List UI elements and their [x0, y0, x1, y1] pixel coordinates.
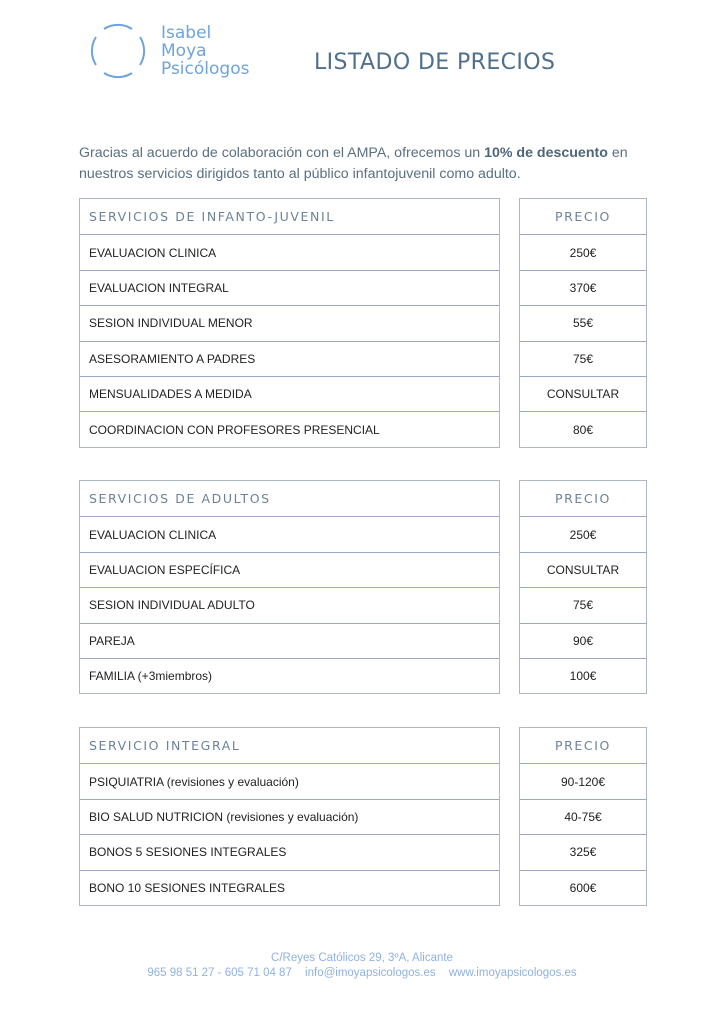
circle-ring-icon [90, 23, 146, 79]
brand-line: Isabel [161, 24, 249, 42]
service-name: PAREJA [80, 623, 499, 658]
service-price: 250€ [520, 516, 646, 551]
brand-logo: Isabel Moya Psicólogos [88, 20, 248, 84]
brand-line: Psicólogos [161, 60, 249, 78]
service-name: EVALUACION INTEGRAL [80, 270, 499, 305]
footer-address: C/Reyes Católicos 29, 3ºA, Alicante [0, 951, 724, 966]
service-price: 90€ [520, 623, 646, 658]
service-name: EVALUACION CLINICA [80, 516, 499, 551]
prices-table: PRECIO90-120€40-75€325€600€ [519, 727, 647, 906]
service-name: EVALUACION CLINICA [80, 234, 499, 269]
service-name: EVALUACION ESPECÍFICA [80, 552, 499, 587]
service-name: ASESORAMIENTO A PADRES [80, 341, 499, 376]
service-name: PSIQUIATRIA (revisiones y evaluación) [80, 763, 499, 798]
services-table: SERVICIOS DE INFANTO-JUVENILEVALUACION C… [79, 198, 500, 448]
intro-paragraph: Gracias al acuerdo de colaboración con e… [79, 143, 649, 185]
footer-email[interactable]: info@imoyapsicologos.es [305, 967, 436, 979]
service-price: 370€ [520, 270, 646, 305]
service-price: 100€ [520, 658, 646, 693]
price-header: PRECIO [520, 728, 646, 763]
service-price: CONSULTAR [520, 552, 646, 587]
service-price: 90-120€ [520, 763, 646, 798]
price-header: PRECIO [520, 481, 646, 516]
service-name: FAMILIA (+3miembros) [80, 658, 499, 693]
section-title: SERVICIOS DE INFANTO-JUVENIL [80, 199, 499, 234]
section-title: SERVICIOS DE ADULTOS [80, 481, 499, 516]
service-price: 250€ [520, 234, 646, 269]
page-title: LISTADO DE PRECIOS [314, 50, 555, 75]
brand-name: Isabel Moya Psicólogos [161, 24, 249, 78]
prices-table: PRECIO250€CONSULTAR75€90€100€ [519, 480, 647, 694]
footer: C/Reyes Católicos 29, 3ºA, Alicante 965 … [0, 951, 724, 981]
discount-highlight: 10% de descuento [484, 145, 608, 161]
footer-phones: 965 98 51 27 - 605 71 04 87 [147, 967, 292, 979]
service-price: 600€ [520, 870, 646, 905]
footer-website[interactable]: www.imoyapsicologos.es [449, 967, 577, 979]
service-price: 325€ [520, 834, 646, 869]
service-price: 55€ [520, 305, 646, 340]
service-price: 75€ [520, 341, 646, 376]
service-name: BIO SALUD NUTRICION (revisiones y evalua… [80, 799, 499, 834]
intro-text: Gracias al acuerdo de colaboración con e… [79, 145, 484, 161]
price-header: PRECIO [520, 199, 646, 234]
services-table: SERVICIOS DE ADULTOSEVALUACION CLINICAEV… [79, 480, 500, 694]
brand-line: Moya [161, 42, 249, 60]
section-title: SERVICIO INTEGRAL [80, 728, 499, 763]
service-name: BONOS 5 SESIONES INTEGRALES [80, 834, 499, 869]
service-price: 75€ [520, 587, 646, 622]
service-price: 40-75€ [520, 799, 646, 834]
service-price: 80€ [520, 411, 646, 446]
service-name: BONO 10 SESIONES INTEGRALES [80, 870, 499, 905]
service-name: SESION INDIVIDUAL ADULTO [80, 587, 499, 622]
service-name: MENSUALIDADES A MEDIDA [80, 376, 499, 411]
service-name: COORDINACION CON PROFESORES PRESENCIAL [80, 411, 499, 446]
service-price: CONSULTAR [520, 376, 646, 411]
service-name: SESION INDIVIDUAL MENOR [80, 305, 499, 340]
prices-table: PRECIO250€370€55€75€CONSULTAR80€ [519, 198, 647, 448]
services-table: SERVICIO INTEGRALPSIQUIATRIA (revisiones… [79, 727, 500, 906]
